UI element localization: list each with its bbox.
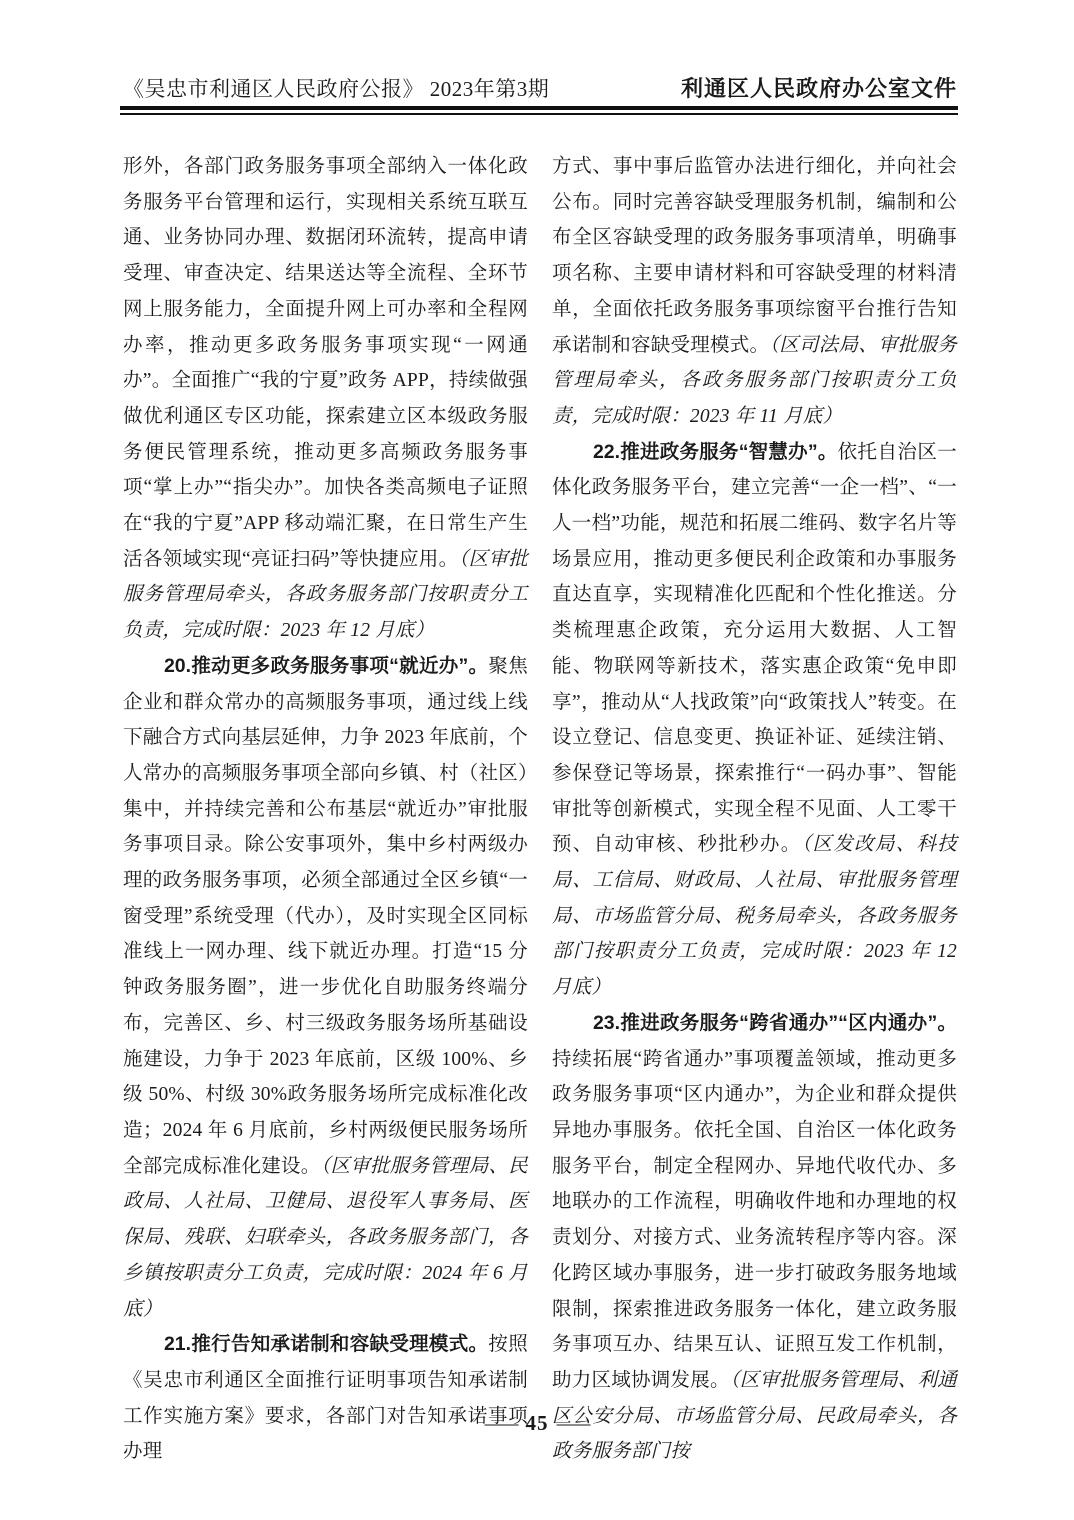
page-number: 45: [526, 1411, 549, 1435]
header-rule: [120, 106, 958, 115]
footer-dash-right: —: [556, 1408, 590, 1438]
paragraph: 形外，各部门政务服务事项全部纳入一体化政务服务平台管理和运行，实现相关系统互联互…: [123, 149, 528, 649]
paragraph: 方式、事中事后监管办法进行细化，并向社会公布。同时完善容缺受理服务机制，编制和公…: [552, 149, 957, 435]
section-heading: 21.推行告知承诺制和容缺受理模式。: [164, 1333, 488, 1355]
paragraph: 22.推进政务服务“智慧办”。依托自治区一体化政务服务平台，建立完善“一企一档”…: [552, 435, 957, 1006]
section-heading: 23.推进政务服务“跨省通办”“区内通办”。: [593, 1012, 957, 1034]
text-run: 形外，各部门政务服务事项全部纳入一体化政务服务平台管理和运行，实现相关系统互联互…: [123, 156, 528, 570]
text-run: （区审批服务管理局、民政局、人社局、卫健局、退役军人事务局、医保局、残联、妇联牵…: [123, 1156, 528, 1320]
paragraph: 23.推进政务服务“跨省通办”“区内通办”。持续拓展“跨省通办”事项覆盖领域，推…: [552, 1006, 957, 1470]
section-heading: 22.推进政务服务“智慧办”。: [593, 441, 838, 463]
page-footer: —45—: [0, 1408, 1074, 1438]
document-page: 《吴忠市利通区人民政府公报》 2023年第3期 利通区人民政府办公室文件 形外，…: [0, 0, 1074, 1520]
text-run: 聚焦企业和群众常办的高频服务事项，通过线上线下融合方式向基层延伸，力争 2023…: [123, 656, 528, 1177]
document-category-label: 利通区人民政府办公室文件: [681, 72, 957, 103]
left-column: 形外，各部门政务服务事项全部纳入一体化政务服务平台管理和运行，实现相关系统互联互…: [123, 149, 528, 1470]
footer-dash-left: —: [484, 1408, 518, 1438]
text-run: （区发改局、科技局、工信局、财政局、人社局、审批服务管理局、市场监管分局、税务局…: [552, 834, 957, 998]
text-run: 依托自治区一体化政务服务平台，建立完善“一企一档”、“一人一档”功能，规范和拓展…: [552, 442, 957, 856]
paragraph: 20.推动更多政务服务事项“就近办”。聚焦企业和群众常办的高频服务事项，通过线上…: [123, 649, 528, 1327]
text-run: 持续拓展“跨省通办”事项覆盖领域，推动更多政务服务事项“区内通办”，为企业和群众…: [552, 1049, 957, 1391]
gazette-title: 《吴忠市利通区人民政府公报》 2023年第3期: [123, 73, 549, 103]
document-body: 形外，各部门政务服务事项全部纳入一体化政务服务平台管理和运行，实现相关系统互联互…: [123, 149, 957, 1470]
paragraph: 21.推行告知承诺制和容缺受理模式。按照《吴忠市利通区全面推行证明事项告知承诺制…: [123, 1327, 528, 1470]
header-rule-thin-line: [120, 113, 958, 115]
section-heading: 20.推动更多政务服务事项“就近办”。: [164, 655, 488, 677]
right-column: 方式、事中事后监管办法进行细化，并向社会公布。同时完善容缺受理服务机制，编制和公…: [552, 149, 957, 1470]
page-header: 《吴忠市利通区人民政府公报》 2023年第3期 利通区人民政府办公室文件: [123, 72, 957, 103]
text-run: 方式、事中事后监管办法进行细化，并向社会公布。同时完善容缺受理服务机制，编制和公…: [552, 156, 957, 356]
